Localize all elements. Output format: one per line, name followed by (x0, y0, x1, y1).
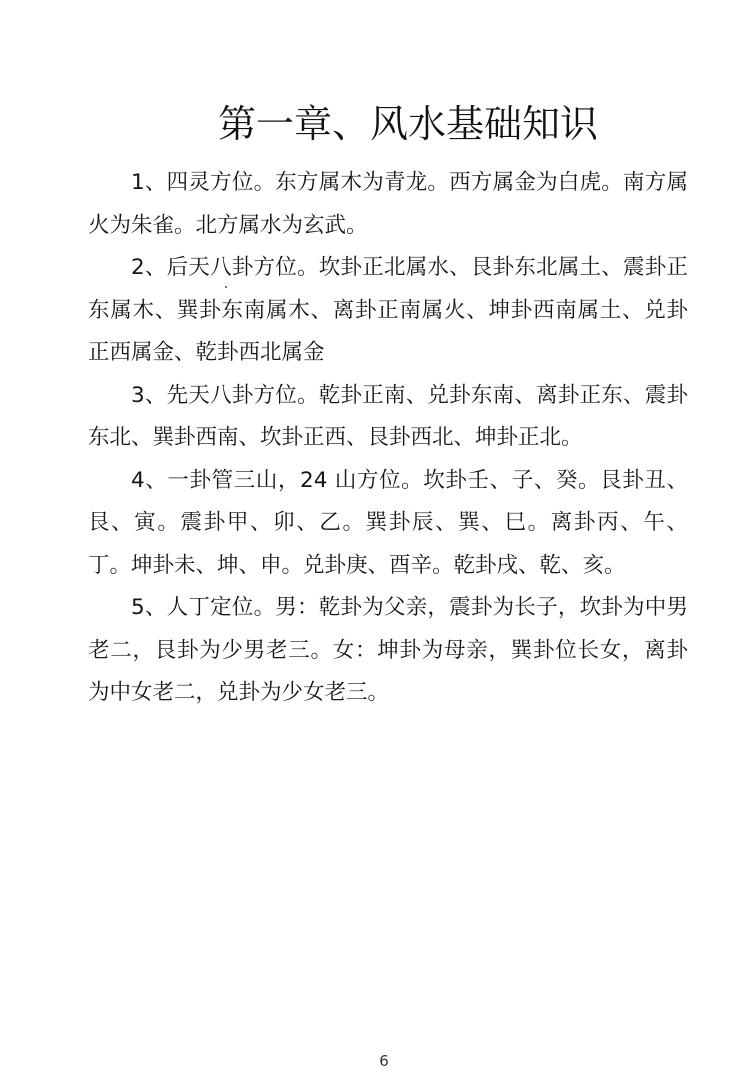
chapter-title: 第一章、风水基础知识 (0, 98, 746, 150)
paragraph-family-positions: 5、人丁定位。男：乾卦为父亲，震卦为长子，坎卦为中男老二，艮卦为少男老三。女：坤… (88, 587, 688, 715)
paragraph-early-heaven-bagua: 3、先天八卦方位。乾卦正南、兑卦东南、离卦正东、震卦东北、巽卦西南、坎卦正西、艮… (88, 375, 688, 460)
paragraph-later-heaven-bagua: 2、后天八卦方位。坎卦正北属水、艮卦东北属土、震卦正东属木、巽卦东南属木、离卦正… (88, 247, 688, 375)
paragraph-four-spirits: 1、四灵方位。东方属木为青龙。西方属金为白虎。南方属火为朱雀。北方属水为玄武。 (88, 162, 688, 247)
paragraph-24-mountains: 4、一卦管三山，24 山方位。坎卦壬、子、癸。艮卦丑、艮、寅。震卦甲、卯、乙。巽… (88, 460, 688, 588)
page-number: 6 (0, 1052, 746, 1070)
document-page: 第一章、风水基础知识 1、四灵方位。东方属木为青龙。西方属金为白虎。南方属火为朱… (0, 0, 746, 1092)
stray-mark (225, 286, 227, 288)
document-body: 1、四灵方位。东方属木为青龙。西方属金为白虎。南方属火为朱雀。北方属水为玄武。 … (88, 162, 688, 715)
